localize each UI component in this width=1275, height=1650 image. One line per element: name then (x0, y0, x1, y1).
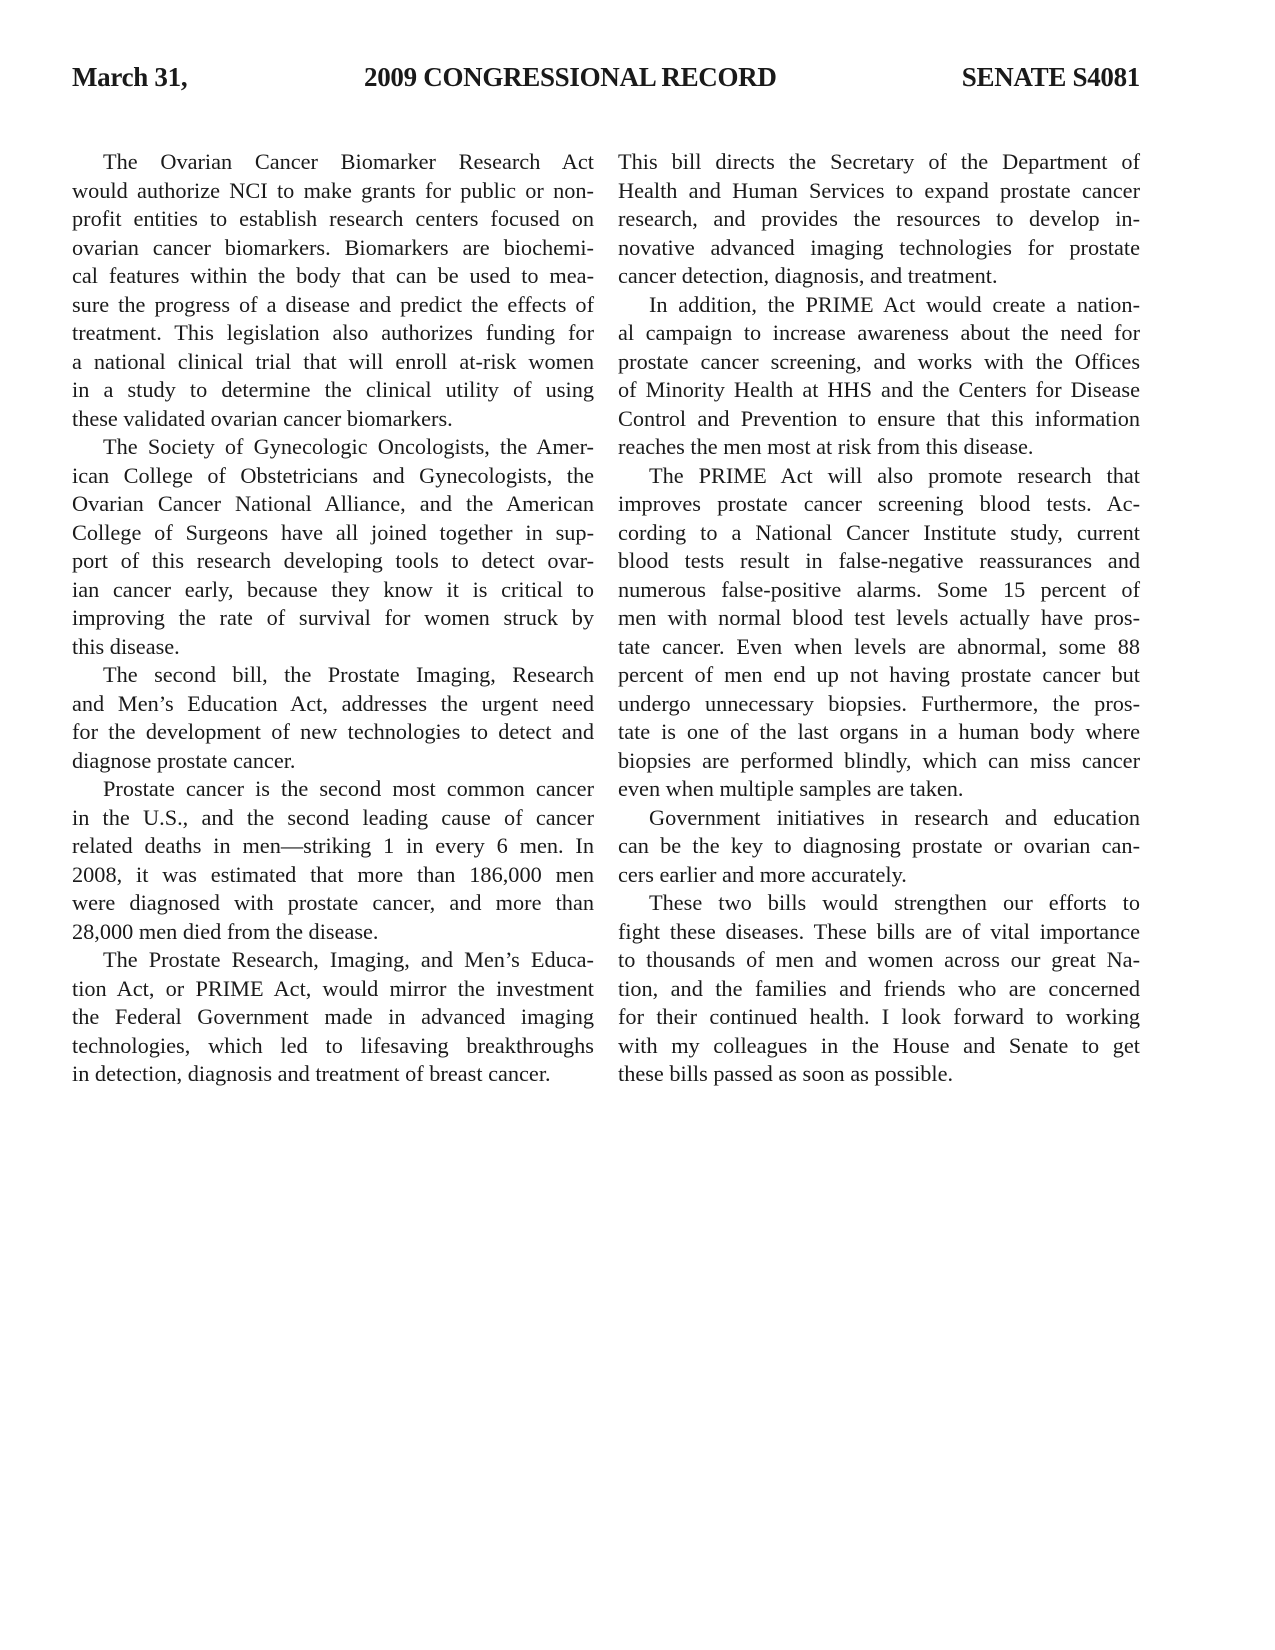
header-title: 2009 CONGRESSIONAL RECORD (364, 62, 777, 93)
paragraph: The second bill, the Prostate Imaging, R… (72, 661, 594, 775)
text-line: these validated ovarian cancer biomarker… (72, 405, 594, 434)
text-line: 28,000 men died from the disease. (72, 918, 594, 947)
text-line: ian cancer early, because they know it i… (72, 576, 594, 605)
text-line: sure the progress of a disease and predi… (72, 291, 594, 320)
text-line: tion Act, or PRIME Act, would mirror the… (72, 975, 594, 1004)
text-line: The PRIME Act will also promote research… (618, 462, 1140, 491)
right-column: This bill directs the Secretary of the D… (618, 148, 1140, 1089)
text-line: cancer detection, diagnosis, and treatme… (618, 262, 1140, 291)
text-line: tate is one of the last organs in a huma… (618, 718, 1140, 747)
text-line: these bills passed as soon as possible. (618, 1060, 1140, 1089)
text-line: of Minority Health at HHS and the Center… (618, 376, 1140, 405)
text-line: treatment. This legislation also authori… (72, 319, 594, 348)
text-line: College of Surgeons have all joined toge… (72, 519, 594, 548)
text-line: The Ovarian Cancer Biomarker Research Ac… (72, 148, 594, 177)
text-line: Government initiatives in research and e… (618, 804, 1140, 833)
text-line: even when multiple samples are taken. (618, 775, 1140, 804)
text-line: in detection, diagnosis and treatment of… (72, 1060, 594, 1089)
text-line: tate cancer. Even when levels are abnorm… (618, 633, 1140, 662)
text-line: percent of men end up not having prostat… (618, 661, 1140, 690)
paragraph: The Prostate Research, Imaging, and Men’… (72, 946, 594, 1089)
paragraph: This bill directs the Secretary of the D… (618, 148, 1140, 291)
text-line: this disease. (72, 633, 594, 662)
paragraph: In addition, the PRIME Act would create … (618, 291, 1140, 462)
paragraph: Prostate cancer is the second most commo… (72, 775, 594, 946)
text-line: numerous false-positive alarms. Some 15 … (618, 576, 1140, 605)
text-line: Control and Prevention to ensure that th… (618, 405, 1140, 434)
text-line: cers earlier and more accurately. (618, 861, 1140, 890)
paragraph: The Society of Gynecologic Oncologists, … (72, 433, 594, 661)
paragraph: Government initiatives in research and e… (618, 804, 1140, 890)
text-line: reaches the men most at risk from this d… (618, 433, 1140, 462)
text-line: al campaign to increase awareness about … (618, 319, 1140, 348)
text-line: Ovarian Cancer National Alliance, and th… (72, 490, 594, 519)
text-line: were diagnosed with prostate cancer, and… (72, 889, 594, 918)
text-line: These two bills would strengthen our eff… (618, 889, 1140, 918)
text-line: The Society of Gynecologic Oncologists, … (72, 433, 594, 462)
text-line: Prostate cancer is the second most commo… (72, 775, 594, 804)
paragraph: The PRIME Act will also promote research… (618, 462, 1140, 804)
text-line: ovarian cancer biomarkers. Biomarkers ar… (72, 234, 594, 263)
text-line: port of this research developing tools t… (72, 547, 594, 576)
text-line: undergo unnecessary biopsies. Furthermor… (618, 690, 1140, 719)
text-line: ican College of Obstetricians and Gyneco… (72, 462, 594, 491)
text-line: fight these diseases. These bills are of… (618, 918, 1140, 947)
text-line: novative advanced imaging technologies f… (618, 234, 1140, 263)
text-line: related deaths in men—striking 1 in ever… (72, 832, 594, 861)
text-line: In addition, the PRIME Act would create … (618, 291, 1140, 320)
text-line: improves prostate cancer screening blood… (618, 490, 1140, 519)
text-line: The second bill, the Prostate Imaging, R… (72, 661, 594, 690)
text-line: cording to a National Cancer Institute s… (618, 519, 1140, 548)
text-line: in a study to determine the clinical uti… (72, 376, 594, 405)
text-line: technologies, which led to lifesaving br… (72, 1032, 594, 1061)
page-header: March 31, 2009 CONGRESSIONAL RECORD SENA… (72, 62, 1140, 102)
text-line: improving the rate of survival for women… (72, 604, 594, 633)
text-line: Health and Human Services to expand pros… (618, 177, 1140, 206)
text-line: prostate cancer screening, and works wit… (618, 348, 1140, 377)
text-line: would authorize NCI to make grants for p… (72, 177, 594, 206)
text-line: tion, and the families and friends who a… (618, 975, 1140, 1004)
paragraph: These two bills would strengthen our eff… (618, 889, 1140, 1089)
text-line: The Prostate Research, Imaging, and Men’… (72, 946, 594, 975)
text-line: diagnose prostate cancer. (72, 747, 594, 776)
text-line: with my colleagues in the House and Sena… (618, 1032, 1140, 1061)
text-line: for their continued health. I look forwa… (618, 1003, 1140, 1032)
header-date: March 31, (72, 62, 187, 93)
text-line: cal features within the body that can be… (72, 262, 594, 291)
header-page-number: SENATE S4081 (962, 62, 1140, 93)
text-line: This bill directs the Secretary of the D… (618, 148, 1140, 177)
paragraph: The Ovarian Cancer Biomarker Research Ac… (72, 148, 594, 433)
text-line: 2008, it was estimated that more than 18… (72, 861, 594, 890)
text-line: and Men’s Education Act, addresses the u… (72, 690, 594, 719)
text-line: a national clinical trial that will enro… (72, 348, 594, 377)
text-line: in the U.S., and the second leading caus… (72, 804, 594, 833)
text-line: blood tests result in false-negative rea… (618, 547, 1140, 576)
text-line: biopsies are performed blindly, which ca… (618, 747, 1140, 776)
text-line: can be the key to diagnosing prostate or… (618, 832, 1140, 861)
text-line: profit entities to establish research ce… (72, 205, 594, 234)
text-line: to thousands of men and women across our… (618, 946, 1140, 975)
text-line: men with normal blood test levels actual… (618, 604, 1140, 633)
text-line: research, and provides the resources to … (618, 205, 1140, 234)
left-column: The Ovarian Cancer Biomarker Research Ac… (72, 148, 594, 1089)
text-line: the Federal Government made in advanced … (72, 1003, 594, 1032)
text-line: for the development of new technologies … (72, 718, 594, 747)
